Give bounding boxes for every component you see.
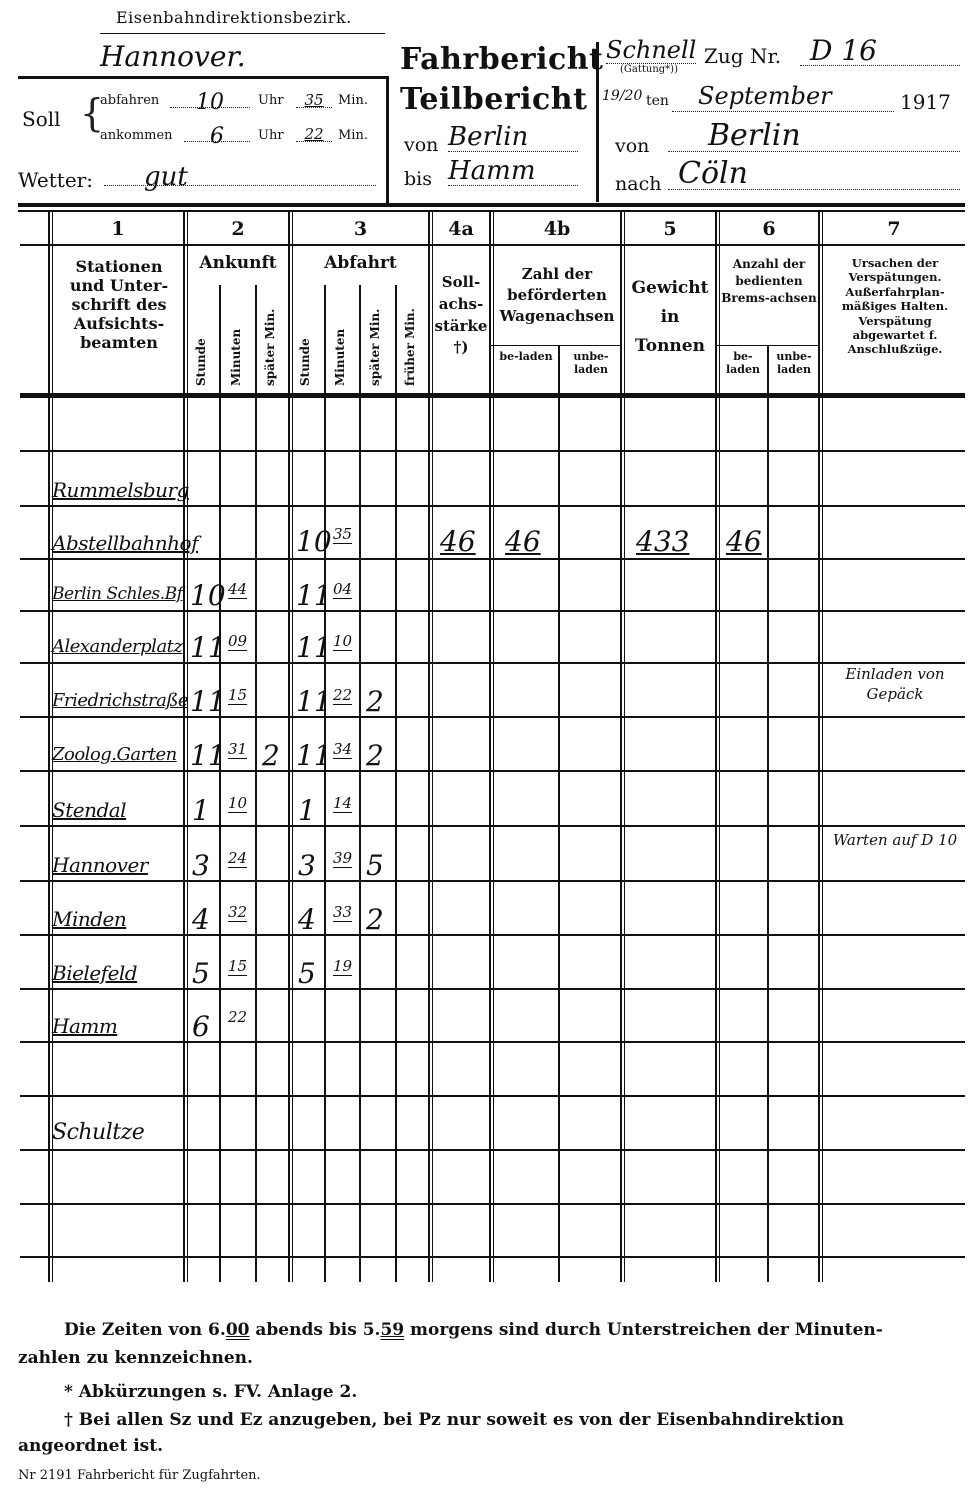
train-type-label: (Gattung*)) [620, 64, 678, 75]
divider [596, 42, 599, 202]
note-abbreviations: * Abkürzungen s. FV. Anlage 2. [64, 1382, 357, 1402]
axles-loaded: 46 [505, 528, 541, 556]
column-divider [395, 285, 397, 1282]
note-time-marking-cont: zahlen zu kennzeichnen. [18, 1348, 253, 1368]
departure-hour: 10 [296, 528, 332, 556]
arrival-minute: 32 [228, 903, 247, 921]
departure-hour: 11 [296, 582, 332, 610]
row-divider [20, 825, 965, 827]
arrival-minute: 15 [228, 686, 247, 704]
divider [100, 33, 385, 34]
column-number-4b: 4b [494, 218, 620, 242]
train-type-field: Schnell [606, 36, 696, 64]
header-brake-axles: Anzahl der bedienten Brems-achsen [720, 256, 818, 307]
delay-reason: Warten auf D 10 [830, 830, 960, 850]
departure-minute: 22 [333, 686, 352, 704]
column-divider [288, 212, 293, 1282]
header-brake-loaded: be-laden [720, 350, 766, 376]
row-divider [20, 450, 965, 452]
column-divider [558, 345, 560, 1282]
header-arrival-hour: Stunde [194, 290, 214, 386]
train-no-field: D 16 [800, 34, 960, 66]
column-number-6: 6 [720, 218, 818, 242]
uhr-label: Uhr [258, 128, 284, 143]
column-divider [818, 212, 823, 1282]
train-no-label: Zug Nr. [704, 44, 781, 68]
arrival-hour: 3 [192, 852, 210, 880]
route-to-label: nach [615, 173, 661, 195]
header-departure-minutes: Minuten [333, 290, 353, 386]
row-divider [20, 716, 965, 718]
arrival-hour: 1 [192, 797, 210, 825]
arrival-hour: 11 [190, 742, 226, 770]
departure-late-minutes: 2 [366, 688, 384, 716]
arrival-minute: 31 [228, 740, 247, 758]
station-name: Berlin Schles.Bf [52, 584, 182, 604]
station-name: Friedrichstraße [52, 690, 188, 711]
column-divider [255, 285, 257, 1282]
header-departure-hour: Stunde [298, 290, 318, 386]
station-name: Bielefeld [52, 961, 137, 985]
row-divider [20, 1149, 965, 1151]
column-divider [767, 345, 769, 1282]
row-divider [20, 880, 965, 882]
title-teilbericht: Teilbericht [400, 82, 585, 117]
departure-hour: 11 [296, 634, 332, 662]
station-name: Rummelsburg [52, 478, 189, 502]
date-year: 1917 [900, 90, 951, 114]
arrival-hour: 10 [190, 582, 226, 610]
departure-minute: 35 [333, 525, 352, 543]
station-name: Hannover [52, 853, 148, 877]
arrival-hour-field: 6 [184, 124, 250, 142]
delay-reason: Einladen von Gepäck [830, 664, 960, 705]
column-number-4a: 4a [433, 218, 489, 242]
station-name: Stendal [52, 798, 126, 822]
departure-late-minutes: 2 [366, 742, 384, 770]
arrival-minute: 22 [228, 1008, 247, 1026]
departure-late-minutes: 2 [366, 906, 384, 934]
date-day: 19/20 [602, 88, 642, 104]
header-target-axles: Soll-achs-stärke †) [433, 272, 489, 359]
arrival-minute-field: 22 [296, 124, 332, 142]
departure-late-minutes: 5 [366, 852, 384, 880]
supervisor-signature: Schultze [52, 1120, 144, 1145]
divider [716, 345, 818, 346]
partial-to-field: Hamm [448, 156, 578, 186]
soll-label: Soll [22, 107, 61, 131]
form-number: Nr 2191 Fahrbericht für Zugfahrten. [18, 1468, 261, 1483]
row-divider [20, 934, 965, 936]
departure-hour: 11 [296, 742, 332, 770]
departure-hour: 1 [298, 797, 316, 825]
header-axles-loaded: be-laden [496, 350, 556, 363]
target-axles: 46 [440, 528, 476, 556]
date-month-field: September [672, 82, 894, 112]
row-divider [20, 1203, 965, 1205]
divider [18, 76, 388, 79]
header-axles-unloaded: unbe-laden [562, 350, 620, 376]
row-divider [20, 558, 965, 560]
partial-from-field: Berlin [448, 122, 578, 152]
note-time-marking: Die Zeiten von 6.00 abends bis 5.59 morg… [64, 1320, 883, 1340]
station-name: Abstellbahnhof [52, 531, 198, 555]
row-divider [20, 505, 965, 507]
min-label: Min. [338, 93, 368, 108]
arrival-minute: 10 [228, 794, 247, 812]
header-departure-early: früher Min. [403, 290, 423, 386]
departure-minute: 10 [333, 632, 352, 650]
departure-minute-field: 35 [296, 90, 332, 108]
departure-minute: 04 [333, 580, 352, 598]
row-divider [20, 1256, 965, 1258]
note-axle-requirement-cont: angeordnet ist. [18, 1436, 163, 1456]
departure-label: abfahren [100, 93, 159, 108]
divider [18, 203, 965, 207]
column-number-5: 5 [625, 218, 715, 242]
station-name: Zoolog.Garten [52, 744, 177, 765]
departure-hour: 4 [298, 906, 316, 934]
column-divider [620, 212, 625, 1282]
header-arrival-late: später Min. [263, 290, 283, 386]
arrival-minute: 09 [228, 632, 247, 650]
district-label: Eisenbahndirektionsbezirk. [116, 8, 352, 27]
brake-axles-loaded: 46 [726, 528, 762, 556]
arrival-hour: 11 [190, 688, 226, 716]
departure-hour: 5 [298, 960, 316, 988]
row-divider [20, 770, 965, 772]
weight-tons: 433 [636, 528, 689, 556]
arrival-hour: 11 [190, 634, 226, 662]
header-arrival: Ankunft [188, 254, 288, 273]
row-divider [20, 662, 965, 664]
departure-minute: 19 [333, 957, 352, 975]
column-number-7: 7 [823, 218, 965, 242]
departure-hour: 11 [296, 688, 332, 716]
header-arrival-minutes: Minuten [229, 290, 249, 386]
header-delay-reasons: Ursachen der Verspätungen. Außerfahrplan… [826, 256, 964, 357]
column-number-2: 2 [188, 218, 288, 242]
route-to-field: Cöln [668, 156, 960, 190]
note-axle-requirement: † Bei allen Sz und Ez anzugeben, bei Pz … [64, 1410, 844, 1430]
arrival-minute: 15 [228, 957, 247, 975]
row-divider [20, 610, 965, 612]
column-divider [489, 212, 494, 1282]
arrival-label: ankommen [100, 128, 173, 143]
arrival-minute: 44 [228, 580, 247, 598]
weather-label: Wetter: [18, 168, 93, 192]
header-axles-carried: Zahl der beförderten Wagenachsen [494, 264, 620, 327]
departure-minute: 33 [333, 903, 352, 921]
partial-to-label: bis [404, 168, 432, 190]
arrival-late-minutes: 2 [262, 742, 280, 770]
partial-from-label: von [404, 134, 438, 156]
header-brake-unloaded: unbe-laden [770, 350, 818, 376]
departure-minute: 14 [333, 794, 352, 812]
header-departure-late: später Min. [368, 290, 388, 386]
station-name: Hamm [52, 1014, 117, 1038]
column-number-3: 3 [293, 218, 428, 242]
column-divider [183, 212, 188, 1282]
column-divider [219, 285, 221, 1282]
column-divider [359, 285, 361, 1282]
departure-minute: 39 [333, 849, 352, 867]
row-divider [20, 1095, 965, 1097]
column-divider [428, 212, 433, 1282]
header-weight: Gewicht in Tonnen [625, 274, 715, 361]
column-number-1: 1 [53, 218, 183, 242]
row-divider [20, 1041, 965, 1043]
route-from-field: Berlin [668, 118, 960, 152]
uhr-label: Uhr [258, 93, 284, 108]
district-value: Hannover. [100, 40, 246, 73]
column-divider [324, 285, 326, 1282]
station-name: Alexanderplatz [52, 636, 182, 657]
header-departure: Abfahrt [293, 254, 428, 273]
title-fahrbericht: Fahrbericht [400, 42, 585, 77]
arrival-minute: 24 [228, 849, 247, 867]
date-suffix: ten [646, 93, 669, 109]
weather-field: gut [104, 162, 376, 186]
arrival-hour: 5 [192, 960, 210, 988]
divider [386, 76, 389, 204]
arrival-hour: 6 [192, 1013, 210, 1041]
arrival-hour: 4 [192, 906, 210, 934]
route-from-label: von [615, 135, 649, 157]
departure-hour: 3 [298, 852, 316, 880]
departure-minute: 34 [333, 740, 352, 758]
station-name: Minden [52, 907, 126, 931]
departure-hour-field: 10 [170, 90, 250, 108]
row-divider [20, 988, 965, 990]
divider [490, 345, 620, 346]
min-label: Min. [338, 128, 368, 143]
header-stations: Stationen und Unter-schrift des Aufsicht… [56, 258, 182, 352]
